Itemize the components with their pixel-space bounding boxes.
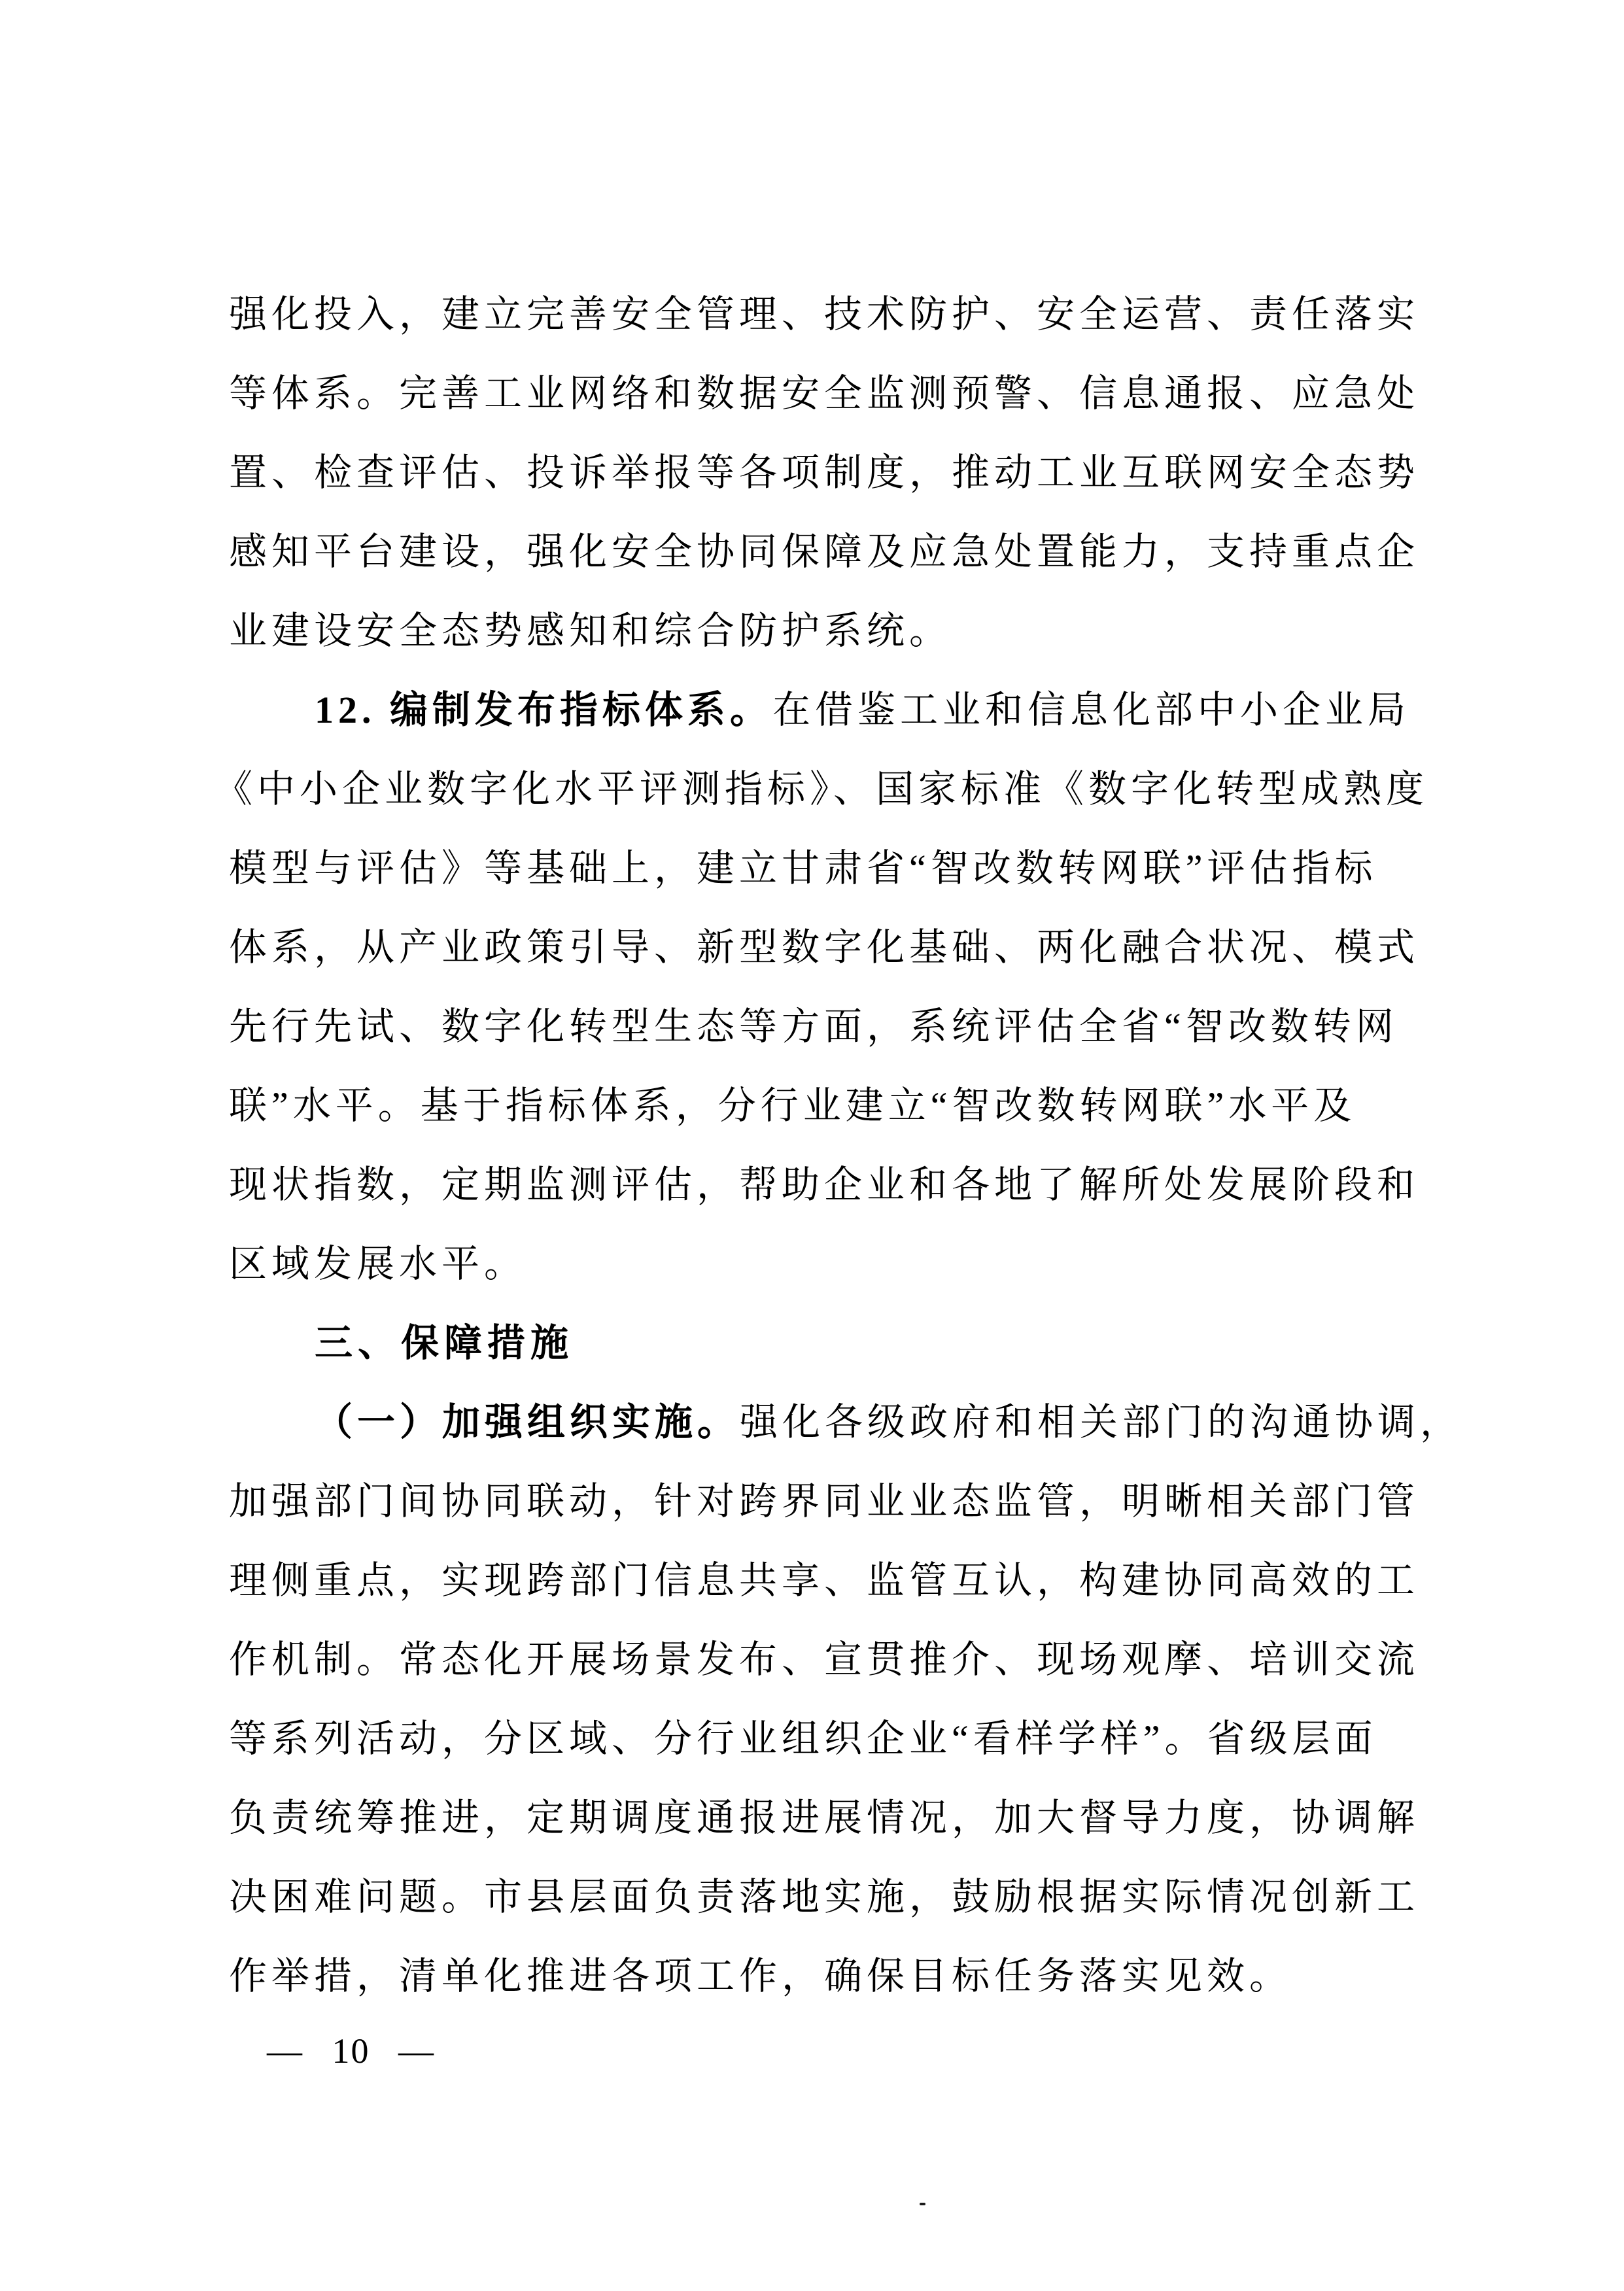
body-line: 《中小企业数字化水平评测指标》、国家标准《数字化转型成熟度 bbox=[215, 749, 1436, 829]
body-line: 感知平台建设，强化安全协同保障及应急处置能力，支持重点企 bbox=[229, 512, 1436, 591]
body-line: 加强部门间协同联动，针对跨界同业业态监管，明晰相关部门管 bbox=[229, 1462, 1436, 1541]
body-line: 模型与评估》等基础上，建立甘肃省“智改数转网联”评估指标 bbox=[229, 829, 1436, 908]
body-line: 负责统筹推进，定期调度通报进展情况，加大督导力度，协调解 bbox=[229, 1778, 1436, 1857]
body-line: 现状指数，定期监测评估，帮助企业和各地了解所处发展阶段和 bbox=[229, 1145, 1436, 1224]
subsection-heading-line: （一）加强组织实施。强化各级政府和相关部门的沟通协调， bbox=[229, 1383, 1436, 1462]
body-line: 决困难问题。市县层面负责落地实施，鼓励根据实际情况创新工 bbox=[229, 1857, 1436, 1937]
document-body: 强化投入，建立完善安全管理、技术防护、安全运营、责任落实 等体系。完善工业网络和… bbox=[229, 275, 1436, 2016]
body-line: 等体系。完善工业网络和数据安全监测预警、信息通报、应急处 bbox=[229, 354, 1436, 433]
body-line: 等系列活动，分区域、分行业组织企业“看样学样”。省级层面 bbox=[229, 1699, 1436, 1778]
item-number-heading: 12. 编制发布指标体系。 bbox=[315, 689, 772, 731]
subsection-heading: （一）加强组织实施。 bbox=[315, 1401, 740, 1443]
section-heading: 三、保障措施 bbox=[229, 1303, 1436, 1383]
body-line: 理侧重点，实现跨部门信息共享、监管互认，构建协同高效的工 bbox=[229, 1541, 1436, 1620]
page-number: — 10 — bbox=[267, 2029, 435, 2073]
body-line: 强化投入，建立完善安全管理、技术防护、安全运营、责任落实 bbox=[229, 275, 1436, 354]
body-line: 区域发展水平。 bbox=[229, 1224, 1436, 1303]
body-line: 作机制。常态化开展场景发布、宣贯推介、现场观摩、培训交流 bbox=[229, 1620, 1436, 1699]
item-body-text: 在借鉴工业和信息化部中小企业局 bbox=[772, 689, 1410, 731]
item-heading-line: 12. 编制发布指标体系。在借鉴工业和信息化部中小企业局 bbox=[229, 670, 1436, 749]
body-line: 体系，从产业政策引导、新型数字化基础、两化融合状况、模式 bbox=[229, 908, 1436, 987]
body-line: 业建设安全态势感知和综合防护系统。 bbox=[229, 591, 1436, 670]
body-line: 置、检查评估、投诉举报等各项制度，推动工业互联网安全态势 bbox=[229, 433, 1436, 512]
ink-speck bbox=[920, 2203, 925, 2205]
subsection-body-text: 强化各级政府和相关部门的沟通协调， bbox=[740, 1401, 1462, 1443]
body-line: 先行先试、数字化转型生态等方面，系统评估全省“智改数转网 bbox=[229, 987, 1436, 1066]
body-line: 联”水平。基于指标体系，分行业建立“智改数转网联”水平及 bbox=[229, 1066, 1436, 1145]
body-line: 作举措，清单化推进各项工作，确保目标任务落实见效。 bbox=[229, 1937, 1436, 2016]
document-page: 强化投入，建立完善安全管理、技术防护、安全运营、责任落实 等体系。完善工业网络和… bbox=[0, 0, 1624, 2291]
